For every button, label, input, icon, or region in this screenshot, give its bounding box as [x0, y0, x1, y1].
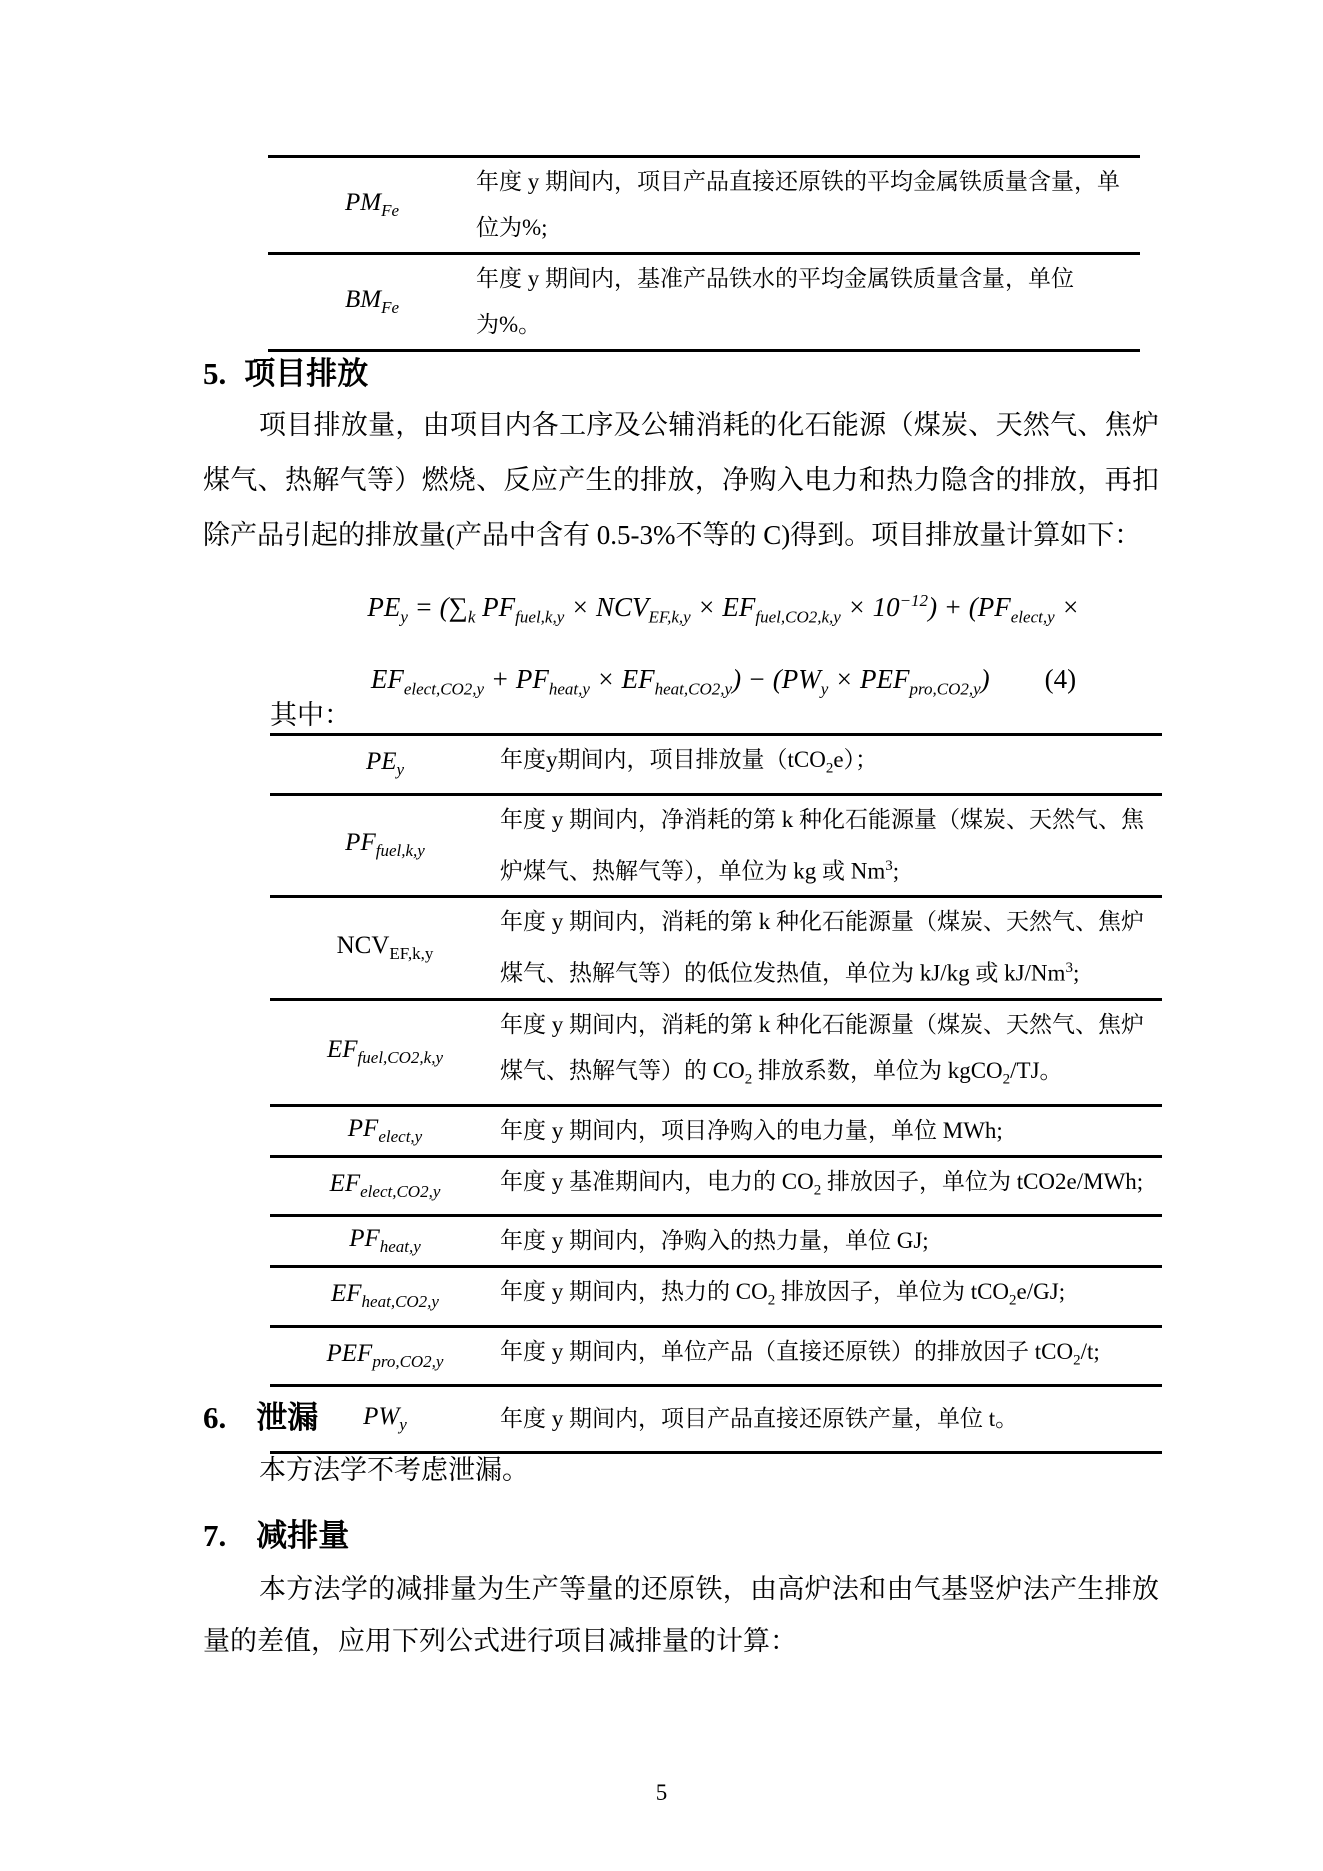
- section-6-heading: 6.泄漏: [203, 1392, 318, 1437]
- section-7-heading: 7.减排量: [203, 1510, 349, 1555]
- table-row: PEy 年度y期间内，项目排放量（tCO2e）；: [270, 735, 1162, 795]
- table-row: BMFe 年度 y 期间内，基准产品铁水的平均金属铁质量含量，单位为%。: [268, 254, 1140, 351]
- variable-description: 年度 y 期间内，基准产品铁水的平均金属铁质量含量，单位为%。: [476, 254, 1140, 351]
- section-5-paragraph: 项目排放量，由项目内各工序及公辅消耗的化石能源（煤炭、天然气、焦炉煤气、热解气等…: [203, 398, 1159, 563]
- table-row: PFheat,y 年度 y 期间内，净购入的热力量，单位 GJ;: [270, 1216, 1162, 1267]
- section-number: 6.: [203, 1400, 226, 1436]
- table-row: EFfuel,CO2,k,y 年度 y 期间内，消耗的第 k 种化石能源量（煤炭…: [270, 999, 1162, 1105]
- variable-symbol: PFheat,y: [270, 1216, 500, 1267]
- equation-line-2-row: EFelect,CO2,y + PFheat,y × EFheat,CO2,y)…: [288, 656, 1159, 712]
- variable-description: 年度 y 期间内，项目净购入的电力量，单位 MWh;: [500, 1105, 1162, 1156]
- section-number: 5.: [203, 356, 226, 392]
- table-row: PEFpro,CO2,y 年度 y 期间内，单位产品（直接还原铁）的排放因子 t…: [270, 1326, 1162, 1386]
- table-row: PWy 年度 y 期间内，项目产品直接还原铁产量，单位 t。: [270, 1386, 1162, 1453]
- variable-symbol: EFelect,CO2,y: [270, 1156, 500, 1216]
- table-row: PFelect,y 年度 y 期间内，项目净购入的电力量，单位 MWh;: [270, 1105, 1162, 1156]
- section-title: 减排量: [256, 1518, 349, 1553]
- variable-symbol: EFfuel,CO2,k,y: [270, 999, 500, 1105]
- variable-description: 年度 y 期间内，项目产品直接还原铁产量，单位 t。: [500, 1386, 1162, 1453]
- section-title: 项目排放: [244, 356, 368, 391]
- section-title: 泄漏: [256, 1400, 318, 1435]
- equation-line-2: EFelect,CO2,y + PFheat,y × EFheat,CO2,y)…: [371, 664, 990, 694]
- continuation-variable-table: PMFe 年度 y 期间内，项目产品直接还原铁的平均金属铁质量含量，单位为%; …: [268, 155, 1140, 352]
- variable-description: 年度 y 期间内，单位产品（直接还原铁）的排放因子 tCO2/t;: [500, 1326, 1162, 1386]
- page-number: 5: [0, 1780, 1323, 1806]
- table-row: PMFe 年度 y 期间内，项目产品直接还原铁的平均金属铁质量含量，单位为%;: [268, 157, 1140, 254]
- variable-description: 年度y期间内，项目排放量（tCO2e）；: [500, 735, 1162, 795]
- variable-description: 年度 y 期间内，消耗的第 k 种化石能源量（煤炭、天然气、焦炉煤气、热解气等）…: [500, 897, 1162, 1000]
- variable-symbol: PEFpro,CO2,y: [270, 1326, 500, 1386]
- document-page: PMFe 年度 y 期间内，项目产品直接还原铁的平均金属铁质量含量，单位为%; …: [0, 0, 1323, 1871]
- variable-description: 年度 y 期间内，净购入的热力量，单位 GJ;: [500, 1216, 1162, 1267]
- section-6-paragraph: 本方法学不考虑泄漏。: [203, 1448, 1159, 1493]
- section-7-paragraph: 本方法学的减排量为生产等量的还原铁，由高炉法和由气基竖炉法产生排放量的差值，应用…: [203, 1563, 1159, 1667]
- variable-symbol: BMFe: [268, 254, 476, 351]
- variable-definitions-table: PEy 年度y期间内，项目排放量（tCO2e）； PFfuel,k,y 年度 y…: [270, 733, 1162, 1454]
- table-row: EFelect,CO2,y 年度 y 基准期间内，电力的 CO2 排放因子，单位…: [270, 1156, 1162, 1216]
- section-number: 7.: [203, 1518, 226, 1554]
- variable-description: 年度 y 期间内，热力的 CO2 排放因子，单位为 tCO2e/GJ;: [500, 1267, 1162, 1327]
- variable-symbol: EFheat,CO2,y: [270, 1267, 500, 1327]
- equation-number: (4): [1045, 664, 1076, 695]
- where-label: 其中：: [270, 693, 351, 732]
- variable-symbol: PFfuel,k,y: [270, 794, 500, 897]
- variable-description: 年度 y 期间内，项目产品直接还原铁的平均金属铁质量含量，单位为%;: [476, 157, 1140, 254]
- table-row: PFfuel,k,y 年度 y 期间内，净消耗的第 k 种化石能源量（煤炭、天然…: [270, 794, 1162, 897]
- variable-symbol: PEy: [270, 735, 500, 795]
- variable-symbol: PMFe: [268, 157, 476, 254]
- equation-line-1: PEy = (∑k PFfuel,k,y × NCVEF,k,y × EFfue…: [288, 578, 1159, 640]
- variable-symbol: NCVEF,k,y: [270, 897, 500, 1000]
- table-row: EFheat,CO2,y 年度 y 期间内，热力的 CO2 排放因子，单位为 t…: [270, 1267, 1162, 1327]
- variable-description: 年度 y 基准期间内，电力的 CO2 排放因子，单位为 tCO2e/MWh;: [500, 1156, 1162, 1216]
- variable-description: 年度 y 期间内，净消耗的第 k 种化石能源量（煤炭、天然气、焦炉煤气、热解气等…: [500, 794, 1162, 897]
- section-5-heading: 5.项目排放: [203, 348, 368, 393]
- table-row: NCVEF,k,y 年度 y 期间内，消耗的第 k 种化石能源量（煤炭、天然气、…: [270, 897, 1162, 1000]
- variable-description: 年度 y 期间内，消耗的第 k 种化石能源量（煤炭、天然气、焦炉煤气、热解气等）…: [500, 999, 1162, 1105]
- variable-symbol: PFelect,y: [270, 1105, 500, 1156]
